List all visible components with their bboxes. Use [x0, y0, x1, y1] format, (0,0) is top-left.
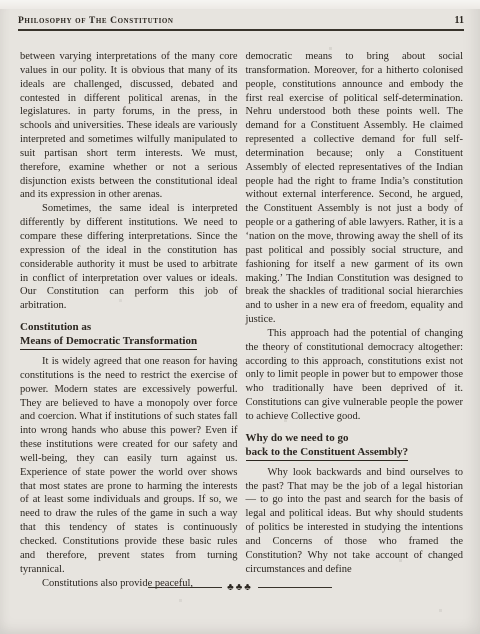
ornament-line-left — [148, 587, 222, 589]
footer-ornament: ♣♣♣ — [0, 578, 480, 596]
scan-edge-highlight — [0, 0, 480, 9]
paragraph: Sometimes, the same ideal is interpreted… — [20, 202, 238, 313]
section-heading-constituent-assembly: Why do we need to go back to the Constit… — [246, 431, 464, 461]
paragraph: It is widely agreed that one reason for … — [20, 355, 238, 577]
heading-line: Why do we need to go — [246, 432, 349, 444]
text-columns: between varying interpretations of the m… — [20, 50, 463, 590]
right-column: democratic means to bring about social t… — [246, 50, 464, 590]
club-symbols: ♣♣♣ — [227, 582, 253, 593]
paragraph: Why look backwards and bind ourselves to… — [246, 466, 464, 577]
ornament-line-right — [258, 587, 332, 589]
paragraph: democratic means to bring about social t… — [246, 50, 464, 327]
heading-line-underlined: Means of Democratic Transformation — [20, 334, 197, 350]
paper-speckles — [0, 0, 1, 1]
heading-line-underlined: back to the Constituent Assembly? — [246, 445, 409, 461]
paragraph: between varying interpretations of the m… — [20, 50, 238, 202]
page-header: Philosophy of The Constitution 11 — [18, 15, 464, 31]
section-heading-constitution-transformation: Constitution as Means of Democratic Tran… — [20, 320, 238, 350]
book-page: Philosophy of The Constitution 11 betwee… — [0, 0, 480, 634]
left-column: between varying interpretations of the m… — [20, 50, 238, 590]
running-title: Philosophy of The Constitution — [18, 16, 174, 26]
heading-line: Constitution as — [20, 321, 91, 333]
page-number: 11 — [455, 15, 464, 26]
paragraph: This approach had the potential of chang… — [246, 327, 464, 424]
